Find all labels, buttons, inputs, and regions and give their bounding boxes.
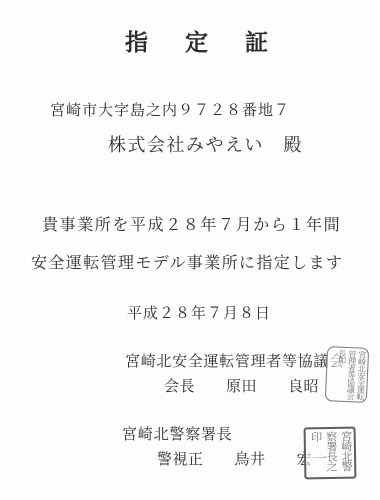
- issuer-council-organization: 宮崎北安全運転管理者等協議会: [125, 354, 345, 371]
- recipient-name: 株式会社みやえい 殿: [108, 135, 303, 156]
- issuer-police-signature: 警視正 鳥井 宏一: [157, 452, 328, 469]
- certificate-page: 指 定 証 宮崎市大字島之内９７２８番地７ 株式会社みやえい 殿 貴事業所を平成…: [0, 0, 380, 500]
- council-seal-stamp-icon: 宮崎北安全運転管理者等協議会長印: [325, 346, 369, 403]
- recipient-address: 宮崎市大字島之内９７２８番地７: [50, 103, 290, 120]
- issuer-police-organization: 宮崎北警察署長: [122, 427, 233, 444]
- issuer-council-signature: 会長 原田 良昭: [164, 379, 319, 396]
- body-text-line-2: 安全運転管理モデル事業所に指定します: [31, 255, 343, 273]
- police-seal-stamp-icon: 宮崎北警察署長之印: [304, 427, 357, 480]
- certificate-title: 指 定 証: [125, 30, 275, 56]
- issue-date: 平成２８年７月８日: [127, 306, 271, 323]
- body-text-line-1: 貴事業所を平成２８年７月から１年間: [42, 217, 341, 235]
